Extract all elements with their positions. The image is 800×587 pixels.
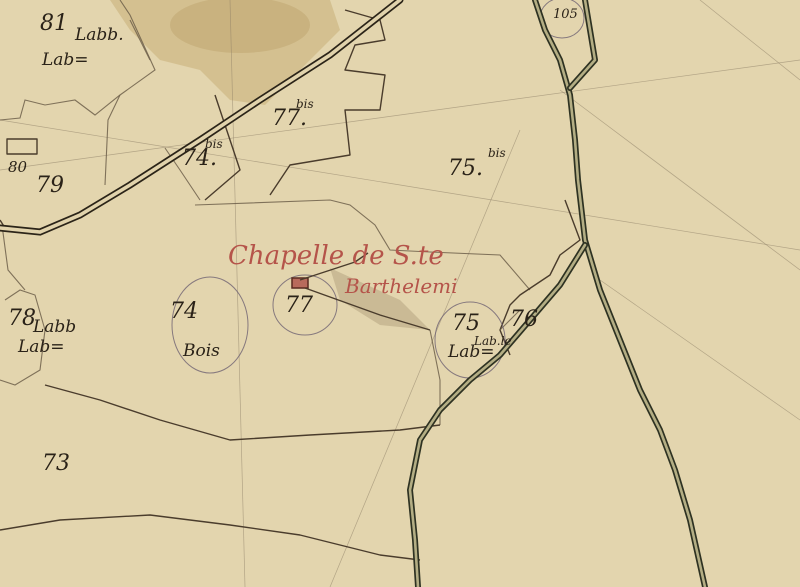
svg-text:bis: bis <box>205 137 223 151</box>
svg-text:77: 77 <box>285 293 313 318</box>
svg-text:105: 105 <box>553 7 578 22</box>
svg-text:bis: bis <box>488 146 506 160</box>
parcel-79[interactable]: 79 <box>36 173 64 198</box>
svg-text:75: 75 <box>452 311 480 336</box>
svg-text:76: 76 <box>510 307 538 332</box>
parcel-76[interactable]: 76 <box>510 307 538 332</box>
parcel-105[interactable]: 105 <box>553 7 578 22</box>
svg-text:73: 73 <box>42 451 70 476</box>
parcel-77[interactable]: 77 <box>285 293 313 318</box>
svg-text:Lab=: Lab= <box>17 337 65 357</box>
chapel-label-line1: Chapelle de S.te <box>228 241 444 271</box>
cadastral-map: Chapelle de S.te Barthelemi 81 Labb. Lab… <box>0 0 800 587</box>
svg-text:75.: 75. <box>448 156 483 181</box>
svg-text:Labb.: Labb. <box>74 25 124 45</box>
svg-text:Bois: Bois <box>182 341 220 361</box>
svg-text:Lab=: Lab= <box>447 342 495 362</box>
svg-text:81: 81 <box>40 11 68 36</box>
svg-text:bis: bis <box>296 97 314 111</box>
parcel-80[interactable]: 80 <box>8 158 28 176</box>
svg-text:Labb: Labb <box>32 317 76 337</box>
svg-text:74: 74 <box>170 299 198 324</box>
svg-text:79: 79 <box>36 173 64 198</box>
chapel-label-line2: Barthelemi <box>344 274 458 298</box>
svg-text:78: 78 <box>8 306 36 331</box>
parcel-73[interactable]: 73 <box>42 451 70 476</box>
svg-text:Lab=: Lab= <box>41 50 89 70</box>
svg-text:80: 80 <box>8 158 28 176</box>
